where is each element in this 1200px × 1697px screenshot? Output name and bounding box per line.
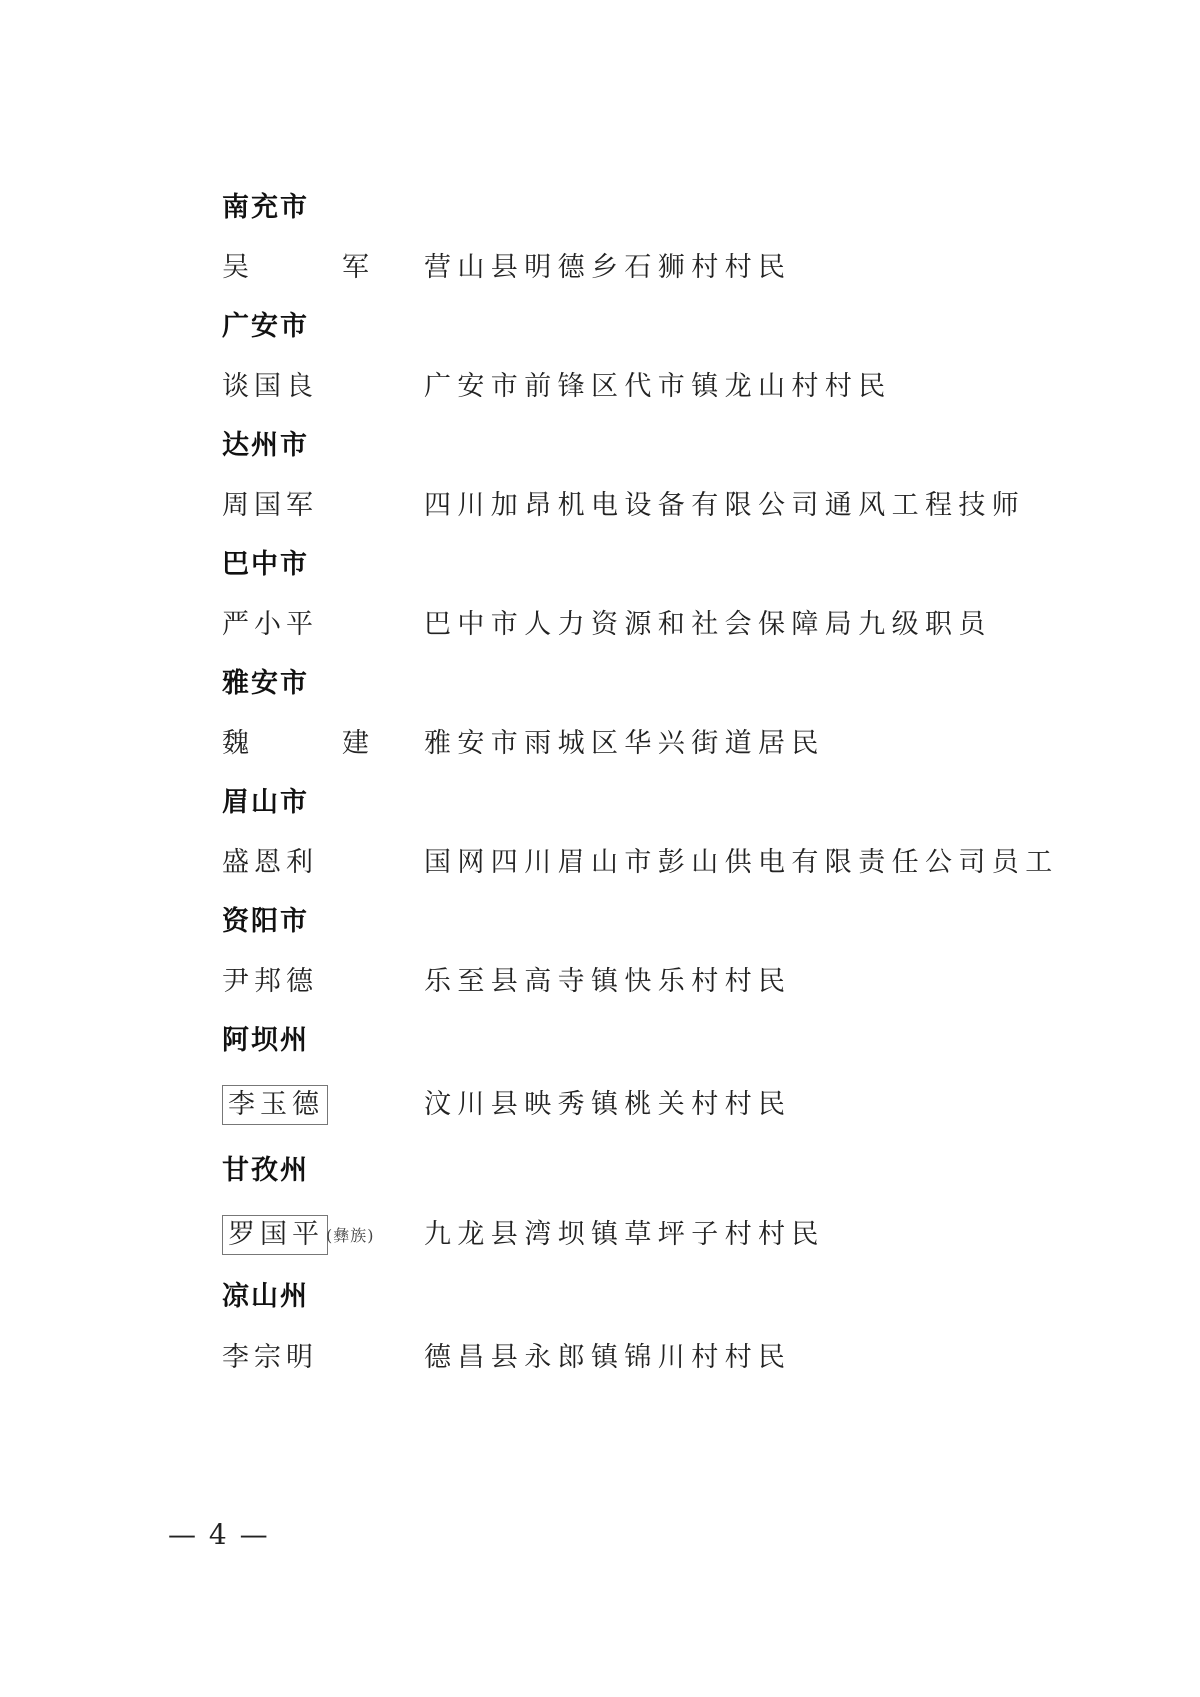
- person-description: 乐至县高寺镇快乐村村民: [424, 964, 791, 1000]
- person-name: 严小平: [222, 607, 318, 643]
- person-name: 周国军: [222, 488, 318, 524]
- person-name: 谈国良: [222, 369, 318, 405]
- region-heading: 凉山州: [222, 1279, 309, 1315]
- list-item: 尹邦德 乐至县高寺镇快乐村村民: [222, 964, 1122, 1004]
- person-name: 盛恩利: [222, 845, 318, 881]
- person-name-boxed: 李玉德: [222, 1085, 328, 1125]
- page-number: — 4 —: [168, 1518, 270, 1551]
- person-description: 四川加昂机电设备有限公司通风工程技师: [424, 488, 1025, 524]
- region-heading: 阿坝州: [222, 1023, 309, 1059]
- list-item: 魏 建 雅安市雨城区华兴街道居民: [222, 726, 1122, 766]
- person-description: 广安市前锋区代市镇龙山村村民: [424, 369, 892, 405]
- list-item: 周国军 四川加昂机电设备有限公司通风工程技师: [222, 488, 1122, 528]
- person-description: 德昌县永郎镇锦川村村民: [424, 1340, 791, 1376]
- list-item: 李宗明 德昌县永郎镇锦川村村民: [222, 1340, 1122, 1380]
- person-name: 尹邦德: [222, 964, 318, 1000]
- list-item: 谈国良 广安市前锋区代市镇龙山村村民: [222, 369, 1122, 409]
- region-heading: 雅安市: [222, 666, 309, 702]
- person-description: 巴中市人力资源和社会保障局九级职员: [424, 607, 992, 643]
- person-description: 雅安市雨城区华兴街道居民: [424, 726, 825, 762]
- person-description: 汶川县映秀镇桃关村村民: [424, 1087, 791, 1123]
- region-heading: 广安市: [222, 309, 309, 345]
- list-item: 吴 军 营山县明德乡石狮村村民: [222, 250, 1122, 290]
- region-heading: 南充市: [222, 190, 309, 226]
- person-name-boxed: 罗国平: [222, 1215, 328, 1255]
- person-description: 国网四川眉山市彭山供电有限责任公司员工: [424, 845, 1059, 881]
- region-heading: 巴中市: [222, 547, 309, 583]
- region-heading: 眉山市: [222, 785, 309, 821]
- person-name: 魏 建: [222, 726, 402, 762]
- region-heading: 甘孜州: [222, 1153, 309, 1189]
- list-item: 罗国平 (彝族) 九龙县湾坝镇草坪子村村民: [222, 1217, 1122, 1257]
- person-description: 营山县明德乡石狮村村民: [424, 250, 791, 286]
- region-heading: 资阳市: [222, 904, 309, 940]
- list-item: 盛恩利 国网四川眉山市彭山供电有限责任公司员工: [222, 845, 1122, 885]
- region-heading: 达州市: [222, 428, 309, 464]
- person-name: 吴 军: [222, 250, 402, 286]
- ethnicity-note: (彝族): [326, 1223, 375, 1246]
- list-item: 严小平 巴中市人力资源和社会保障局九级职员: [222, 607, 1122, 647]
- list-item: 李玉德 汶川县映秀镇桃关村村民: [222, 1087, 1122, 1127]
- person-description: 九龙县湾坝镇草坪子村村民: [424, 1217, 825, 1253]
- document-page: 南充市 吴 军 营山县明德乡石狮村村民 广安市 谈国良 广安市前锋区代市镇龙山村…: [0, 0, 1200, 1697]
- person-name: 李宗明: [222, 1340, 318, 1376]
